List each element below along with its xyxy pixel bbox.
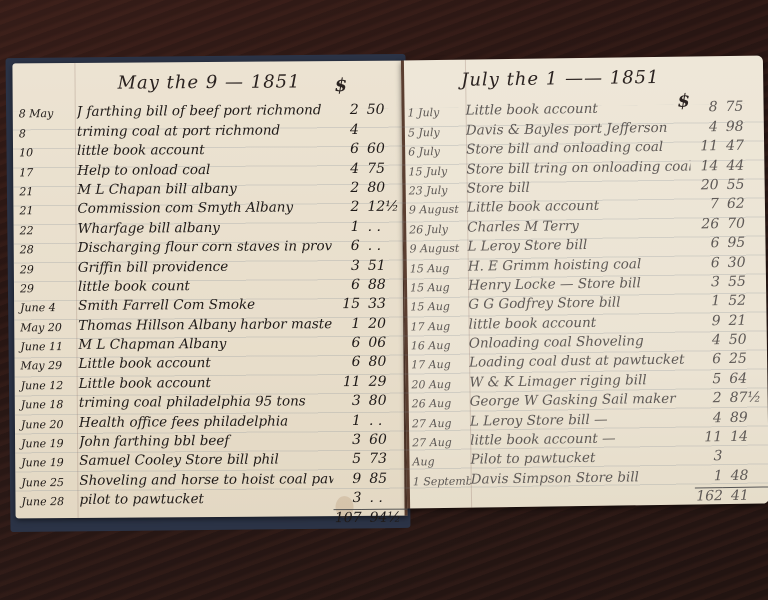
entry-cents: 75	[359, 160, 405, 176]
entry-cents: 85	[361, 470, 407, 486]
entry-date: 15 Aug	[404, 300, 468, 314]
entry-description: Griffin bill providence	[78, 258, 332, 276]
entry-date: 27 Aug	[406, 416, 470, 430]
entry-dollars: 4	[331, 122, 359, 138]
ledger-entry: June 18 triming coal philadelphia 95 ton…	[15, 389, 407, 411]
entry-date: 22	[14, 224, 78, 237]
entry-dollars: 4	[331, 161, 359, 177]
entry-description: M L Chapan bill albany	[77, 180, 331, 198]
entry-description: triming coal philadelphia 95 tons	[79, 393, 333, 411]
ledger-entry: June 12 Little book account 11 29	[15, 370, 407, 392]
entry-dollars: 6	[331, 141, 359, 157]
entry-date: 28	[14, 243, 78, 256]
entry-dollars: 11	[694, 429, 722, 445]
entry-cents: 20	[360, 315, 406, 331]
entry-dollars: 9	[333, 471, 361, 487]
entry-description: Samuel Cooley Store bill phil	[79, 452, 333, 470]
entry-cents: 21	[720, 312, 766, 329]
entry-dollars: 4	[694, 410, 722, 426]
entry-date: June 18	[15, 398, 79, 411]
entry-dollars: 7	[691, 196, 719, 212]
entry-cents: 25	[721, 351, 767, 368]
entry-dollars: 6	[692, 255, 720, 271]
entry-date: June 28	[15, 495, 79, 508]
entry-date: 26 Aug	[406, 397, 470, 411]
entry-dollars: 3	[333, 432, 361, 448]
entry-date: 17	[13, 165, 77, 178]
entry-date: 15 July	[402, 164, 466, 178]
entry-cents: 60	[359, 141, 405, 157]
entry-cents: 88	[360, 277, 406, 293]
entry-dollars: 5	[693, 371, 721, 387]
entry-date: 9 August	[403, 203, 467, 217]
entry-dollars: 4	[693, 332, 721, 348]
entry-cents: 50	[721, 332, 767, 349]
entry-date: Aug	[406, 455, 470, 469]
entry-description: Thomas Hillson Albany harbor master fee	[78, 316, 332, 334]
entry-description: Smith Farrell Com Smoke	[78, 296, 332, 314]
entry-date: 6 July	[402, 145, 466, 159]
ledger-entry: June 19 John farthing bbl beef 3 60	[15, 428, 407, 450]
entry-cents: 14	[722, 428, 768, 445]
entry-cents: 95	[719, 235, 765, 252]
entry-description: little book account	[77, 141, 331, 159]
left-page-header: May the 9 — 1851	[117, 71, 300, 93]
left-entry-list: 8 May J farthing bill of beef port richm…	[13, 99, 408, 529]
entry-dollars: 1	[695, 468, 723, 484]
entry-cents: 98	[718, 118, 764, 135]
entry-date: 17 Aug	[405, 319, 469, 333]
entry-dollars: 6	[691, 235, 719, 251]
entry-cents: 12½	[359, 199, 405, 215]
entry-date: June 11	[14, 340, 78, 353]
entry-dollars: 6	[332, 238, 360, 254]
entry-dollars: 11	[333, 374, 361, 390]
total-dollars: 107	[334, 509, 362, 526]
entry-dollars: 1	[332, 219, 360, 235]
entry-cents: 80	[361, 393, 407, 409]
entry-date: 15 Aug	[404, 281, 468, 295]
entry-description: Wharfage bill albany	[78, 219, 332, 237]
entry-date: June 20	[15, 418, 79, 431]
entry-dollars: 3	[333, 490, 361, 506]
entry-dollars: 15	[332, 296, 360, 312]
entry-date: 9 August	[403, 242, 467, 256]
entry-cents: 73	[361, 451, 407, 467]
entry-cents: 29	[361, 373, 407, 389]
entry-date: 26 July	[403, 222, 467, 236]
entry-cents: 62	[719, 196, 765, 213]
entry-dollars: 1	[332, 316, 360, 332]
entry-date: June 19	[15, 456, 79, 469]
entry-dollars: 2	[694, 390, 722, 406]
entry-cents: 33	[360, 296, 406, 312]
entry-cents: 60	[361, 432, 407, 448]
entry-dollars: 6	[332, 335, 360, 351]
entry-description: M L Chapman Albany	[78, 335, 332, 353]
ledger-entry: June 20 Health office fees philadelphia …	[15, 409, 407, 431]
entry-dollars: 8	[689, 100, 717, 116]
entry-date: 27 Aug	[406, 436, 470, 450]
entry-description: Commission com Smyth Albany	[77, 199, 331, 217]
entry-dollars: 9	[692, 313, 720, 329]
entry-dollars: 20	[691, 177, 719, 193]
entry-cents: . .	[361, 490, 407, 506]
entry-description: John farthing bbl beef	[79, 432, 333, 450]
right-page-header: July the 1 —— 1851	[461, 67, 660, 91]
entry-cents: 89	[722, 409, 768, 426]
entry-description: Health office fees philadelphia	[79, 413, 333, 431]
entry-description: triming coal at port richmond	[77, 122, 331, 140]
entry-date: 20 Aug	[405, 377, 469, 391]
entry-dollars: 2	[331, 180, 359, 196]
entry-dollars: 3	[694, 449, 722, 465]
entry-description: J farthing bill of beef port richmond	[77, 103, 331, 121]
entry-date: 29	[14, 262, 78, 275]
entry-cents: . .	[361, 412, 407, 428]
entry-cents: 51	[360, 257, 406, 273]
currency-symbol: $	[335, 75, 348, 96]
entry-description: little book count	[78, 277, 332, 295]
entry-cents: 55	[720, 273, 766, 290]
entry-dollars: 1	[333, 413, 361, 429]
entry-date: June 4	[14, 301, 78, 314]
entry-dollars: 5	[333, 451, 361, 467]
entry-date: 10	[13, 146, 77, 159]
entry-cents: 87½	[722, 390, 768, 407]
entry-dollars: 3	[332, 257, 360, 273]
entry-dollars: 2	[331, 199, 359, 215]
entry-dollars: 2	[331, 102, 359, 118]
entry-dollars: 6	[332, 354, 360, 370]
entry-date: 1 July	[402, 106, 466, 120]
entry-dollars: 6	[693, 352, 721, 368]
total-dollars: 162	[695, 487, 723, 504]
entry-dollars: 26	[691, 216, 719, 232]
entry-date: 23 July	[403, 184, 467, 198]
entry-cents: 50	[359, 102, 405, 118]
entry-dollars: 14	[690, 158, 718, 174]
ledger-total: 107 94½	[16, 506, 408, 529]
entry-description: Help to onload coal	[77, 161, 331, 179]
entry-dollars: 3	[333, 393, 361, 409]
entry-date: 16 Aug	[405, 339, 469, 353]
entry-date: 21	[13, 185, 77, 198]
entry-cents: 70	[719, 215, 765, 232]
entry-cents: 80	[359, 180, 405, 196]
entry-dollars: 11	[690, 138, 718, 154]
entry-cents: 48	[723, 467, 768, 484]
ledger-left-page: May the 9 — 1851 $ 8 May J farthing bill…	[12, 61, 407, 519]
entry-cents: . .	[360, 238, 406, 254]
entry-dollars: 6	[332, 277, 360, 293]
entry-date: June 19	[15, 437, 79, 450]
entry-description: pilot to pawtucket	[79, 490, 333, 508]
entry-date: 17 Aug	[405, 358, 469, 372]
entry-date: 15 Aug	[404, 261, 468, 275]
entry-dollars: 4	[690, 119, 718, 135]
entry-date: June 25	[15, 476, 79, 489]
entry-cents: 55	[719, 176, 765, 193]
entry-cents: 80	[360, 354, 406, 370]
entry-cents: 47	[718, 138, 764, 155]
entry-description: Little book account	[79, 374, 333, 392]
entry-cents: 64	[721, 370, 767, 387]
entry-cents: 06	[360, 335, 406, 351]
entry-cents: . .	[360, 218, 406, 234]
entry-cents: 75	[717, 99, 763, 116]
entry-cents: 30	[720, 254, 766, 271]
entry-description: Discharging flour corn staves in provide…	[78, 238, 332, 256]
entry-date: 8 May	[13, 107, 77, 120]
entry-description: Little book account	[78, 355, 332, 373]
entry-date: 29	[14, 282, 78, 295]
entry-dollars: 1	[692, 293, 720, 309]
entry-cents: 44	[718, 157, 764, 174]
entry-date: 21	[13, 204, 77, 217]
entry-date: May 29	[14, 359, 78, 372]
entry-date: June 12	[15, 379, 79, 392]
total-cents: 94½	[362, 509, 408, 526]
total-cents: 41	[723, 486, 768, 504]
entry-date: May 20	[14, 321, 78, 334]
right-entry-list: 1 July Little book account 8 75 5 July D…	[401, 95, 768, 508]
entry-date: 8	[13, 127, 77, 140]
entry-cents: 52	[720, 293, 766, 310]
entry-date: 5 July	[402, 125, 466, 139]
entry-dollars: 3	[692, 274, 720, 290]
entry-date: 1 September	[407, 474, 471, 488]
ledger-right-page: July the 1 —— 1851 $ 1 July Little book …	[401, 55, 768, 508]
entry-description: Shoveling and horse to hoist coal pawtuc…	[79, 471, 333, 489]
